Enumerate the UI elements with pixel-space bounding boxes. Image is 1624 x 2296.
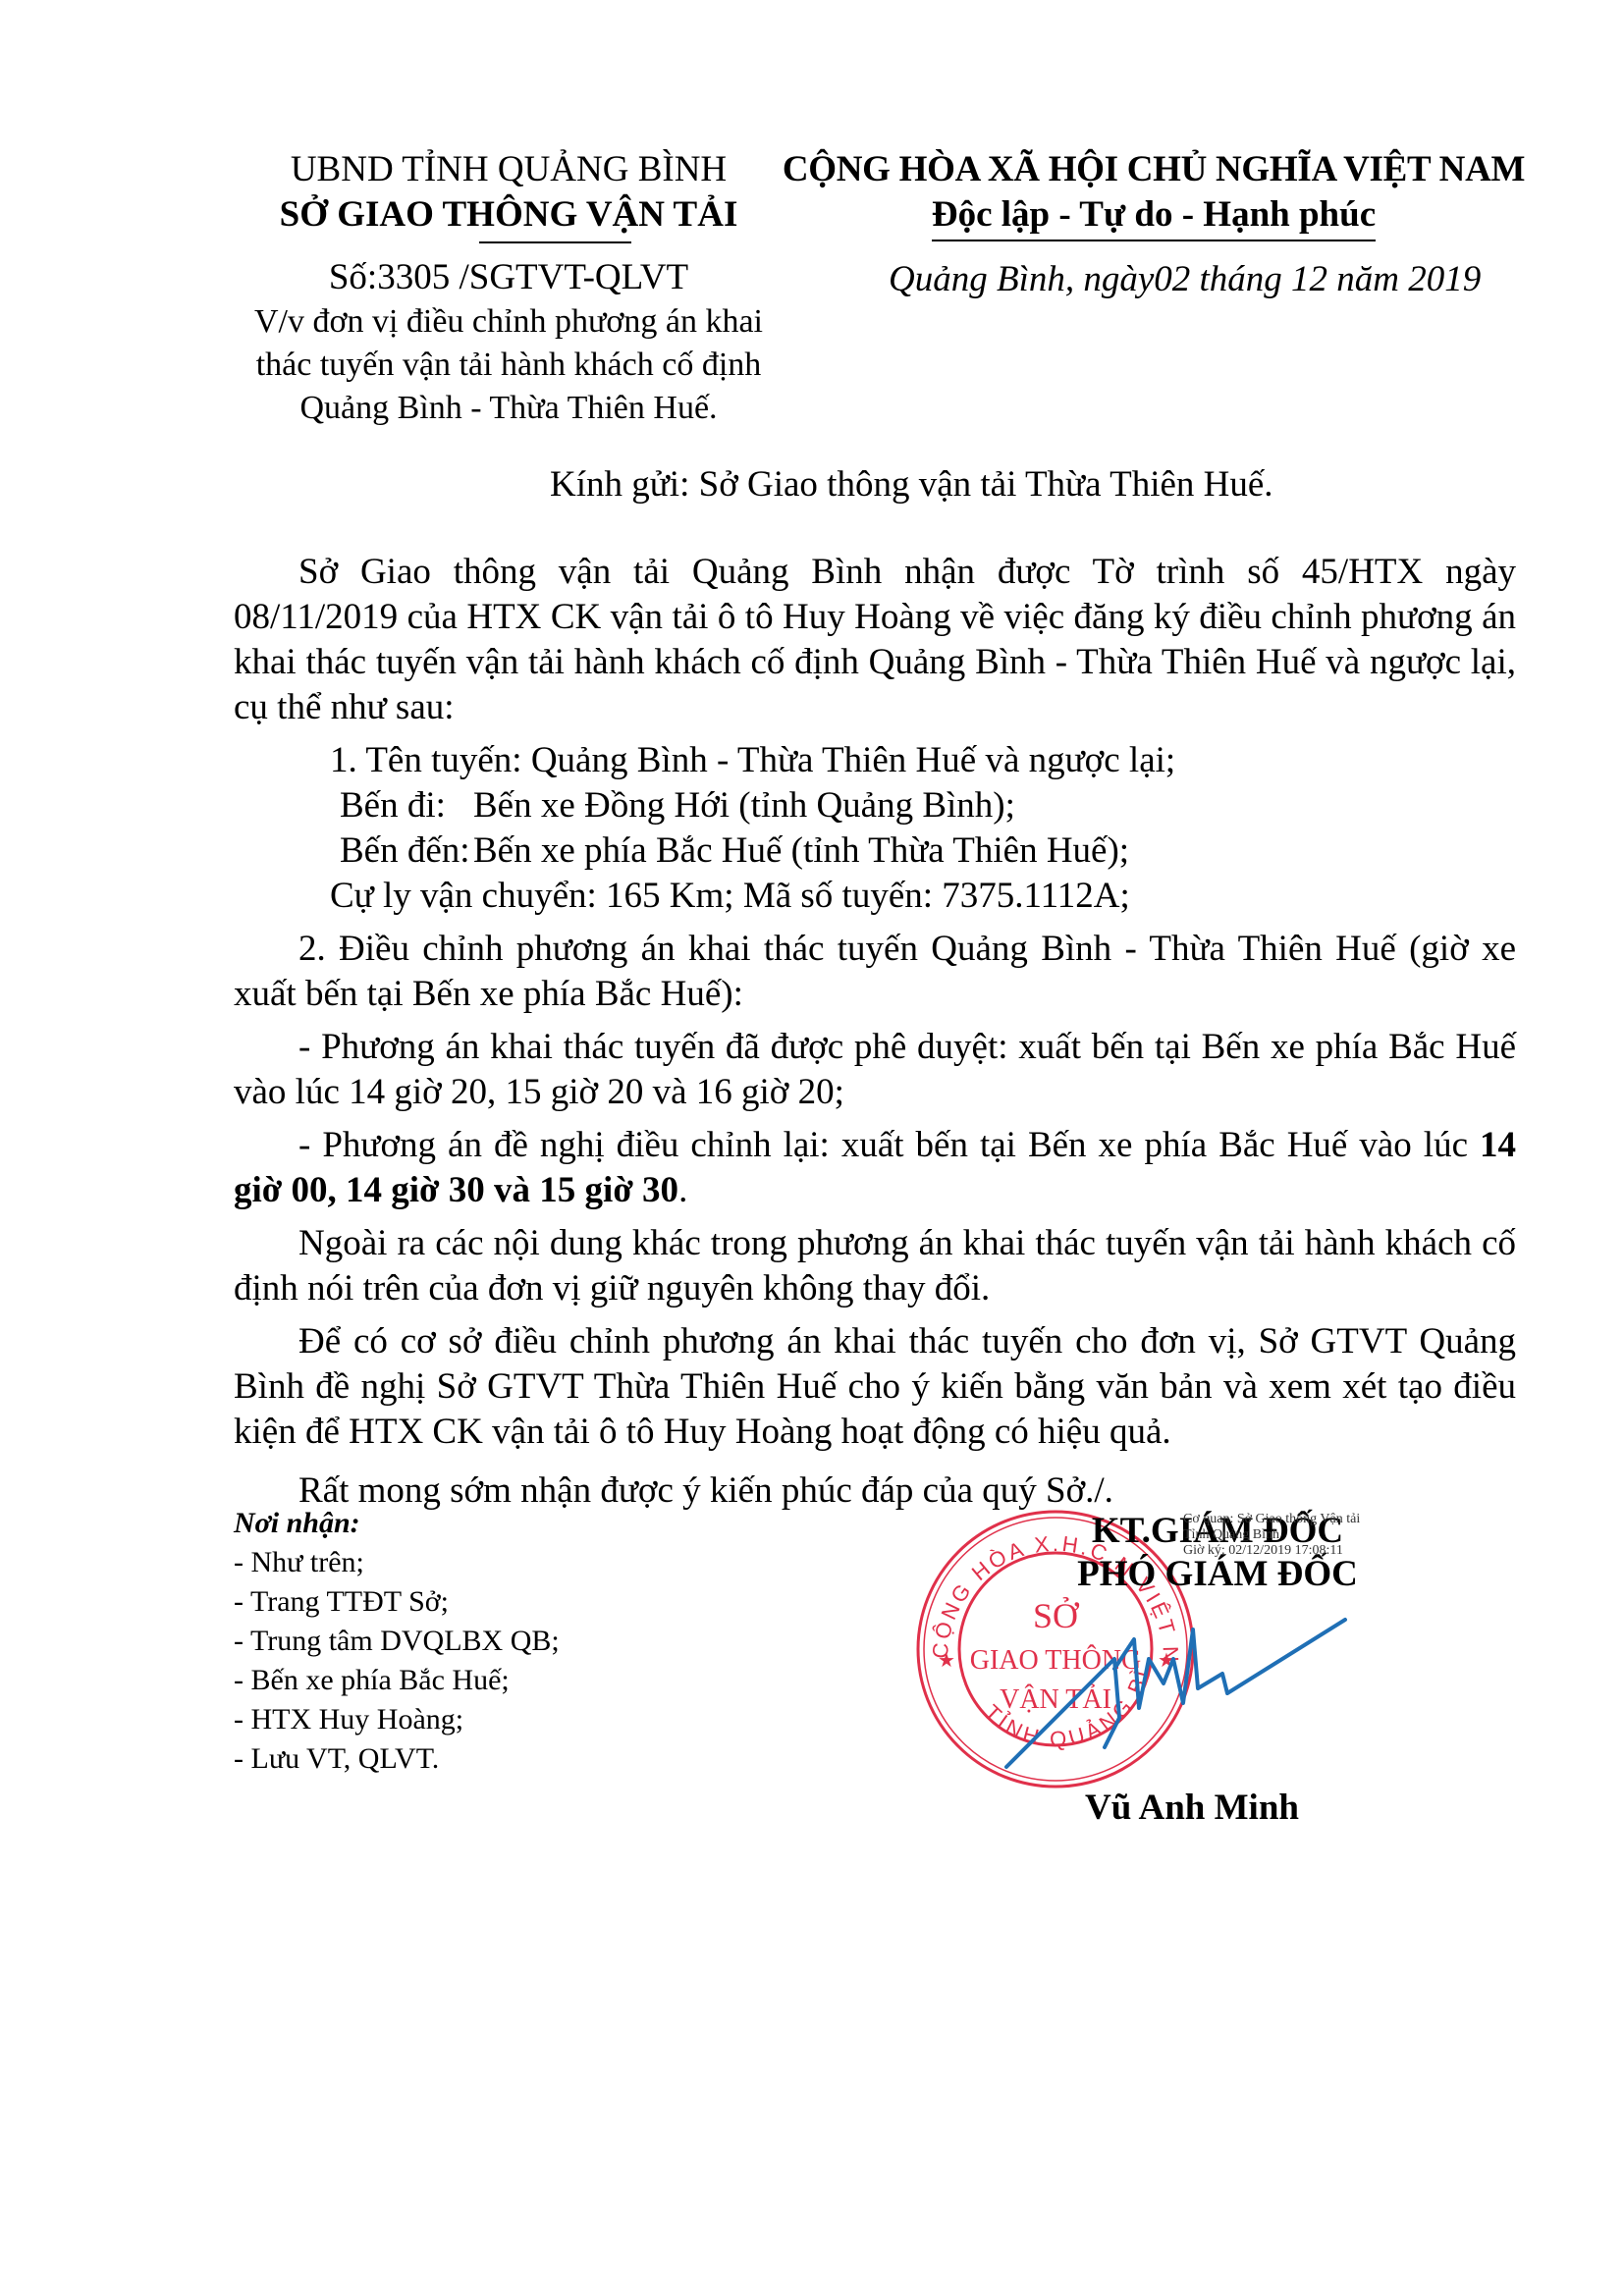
addressee: Kính gửi: Sở Giao thông vận tải Thừa Thi… [550, 463, 1273, 506]
digital-sig-time: Giờ ký: 02/12/2019 17:08:11 [1183, 1543, 1360, 1559]
handwritten-signature-icon [992, 1600, 1365, 1777]
arrival-label: Bến đến: [340, 828, 473, 874]
document-date: Quảng Bình, ngày02 tháng 12 năm 2019 [889, 257, 1481, 302]
digital-sig-province: Tỉnh Quảng Bình [1183, 1527, 1360, 1543]
digital-sig-agency: Cơ quan: Sở Giao thông Vận tải [1183, 1512, 1360, 1527]
arrival-value: Bến xe phía Bắc Huế (tỉnh Thừa Thiên Huế… [473, 830, 1129, 871]
subject-line-3: Quảng Bình - Thừa Thiên Huế. [234, 387, 784, 430]
digital-signature-info: Cơ quan: Sở Giao thông Vận tải Tỉnh Quản… [1183, 1512, 1360, 1559]
proposed-suffix: . [678, 1170, 687, 1210]
agency-underline [479, 241, 631, 243]
route-name: 1. Tên tuyến: Quảng Bình - Thừa Thiên Hu… [234, 738, 1516, 783]
issuing-agency-block: UBND TỈNH QUẢNG BÌNH SỞ GIAO THÔNG VẬN T… [234, 147, 784, 243]
letter-body: Sở Giao thông vận tải Quảng Bình nhận đư… [234, 550, 1516, 1522]
approved-plan: - Phương án khai thác tuyến đã được phê … [234, 1025, 1516, 1115]
nation-title: CỘNG HÒA XÃ HỘI CHỦ NGHĨA VIỆT NAM [776, 147, 1532, 192]
recipients-block: Nơi nhận: - Như trên; - Trang TTĐT Sở; -… [234, 1504, 560, 1779]
recipient-item: - HTX Huy Hoàng; [234, 1700, 560, 1739]
agency-parent: UBND TỈNH QUẢNG BÌNH [234, 147, 784, 192]
recipients-heading: Nơi nhận: [234, 1504, 560, 1543]
departure-station: Bến đi:Bến xe Đồng Hới (tỉnh Quảng Bình)… [234, 783, 1516, 828]
recipient-item: - Bến xe phía Bắc Huế; [234, 1661, 560, 1700]
signature-title-2: PHÓ GIÁM ĐỐC [1041, 1553, 1394, 1596]
document-number: Số:3305 /SGTVT-QLVT [234, 255, 784, 300]
recipient-item: - Trang TTĐT Sở; [234, 1582, 560, 1622]
recipient-item: - Trung tâm DVQLBX QB; [234, 1622, 560, 1661]
departure-label: Bến đi: [340, 783, 473, 828]
unchanged-paragraph: Ngoài ra các nội dung khác trong phương … [234, 1221, 1516, 1311]
doc-number-block: Số:3305 /SGTVT-QLVT V/v đơn vị điều chỉn… [234, 255, 784, 430]
proposed-plan: - Phương án đề nghị điều chỉnh lại: xuất… [234, 1123, 1516, 1213]
arrival-station: Bến đến:Bến xe phía Bắc Huế (tỉnh Thừa T… [234, 828, 1516, 874]
national-motto: Độc lập - Tự do - Hạnh phúc [932, 192, 1376, 241]
route-distance: Cự ly vận chuyển: 165 Km; Mã số tuyến: 7… [234, 874, 1516, 919]
subject-line-1: V/v đơn vị điều chỉnh phương án khai [234, 300, 784, 344]
departure-value: Bến xe Đồng Hới (tỉnh Quảng Bình); [473, 785, 1015, 826]
national-header-block: CỘNG HÒA XÃ HỘI CHỦ NGHĨA VIỆT NAM Độc l… [776, 147, 1532, 241]
request-paragraph: Để có cơ sở điều chỉnh phương án khai th… [234, 1319, 1516, 1455]
subject-line-2: thác tuyến vận tải hành khách cố định [234, 344, 784, 387]
recipient-item: - Như trên; [234, 1543, 560, 1582]
svg-text:★: ★ [938, 1650, 955, 1672]
proposed-prefix: - Phương án đề nghị điều chỉnh lại: xuất… [298, 1125, 1480, 1165]
recipient-item: - Lưu VT, QLVT. [234, 1739, 560, 1779]
signer-name: Vũ Anh Minh [1085, 1787, 1299, 1829]
agency-name: SỞ GIAO THÔNG VẬN TẢI [234, 192, 784, 238]
adjustment-paragraph: 2. Điều chỉnh phương án khai thác tuyến … [234, 927, 1516, 1017]
intro-paragraph: Sở Giao thông vận tải Quảng Bình nhận đư… [234, 550, 1516, 730]
